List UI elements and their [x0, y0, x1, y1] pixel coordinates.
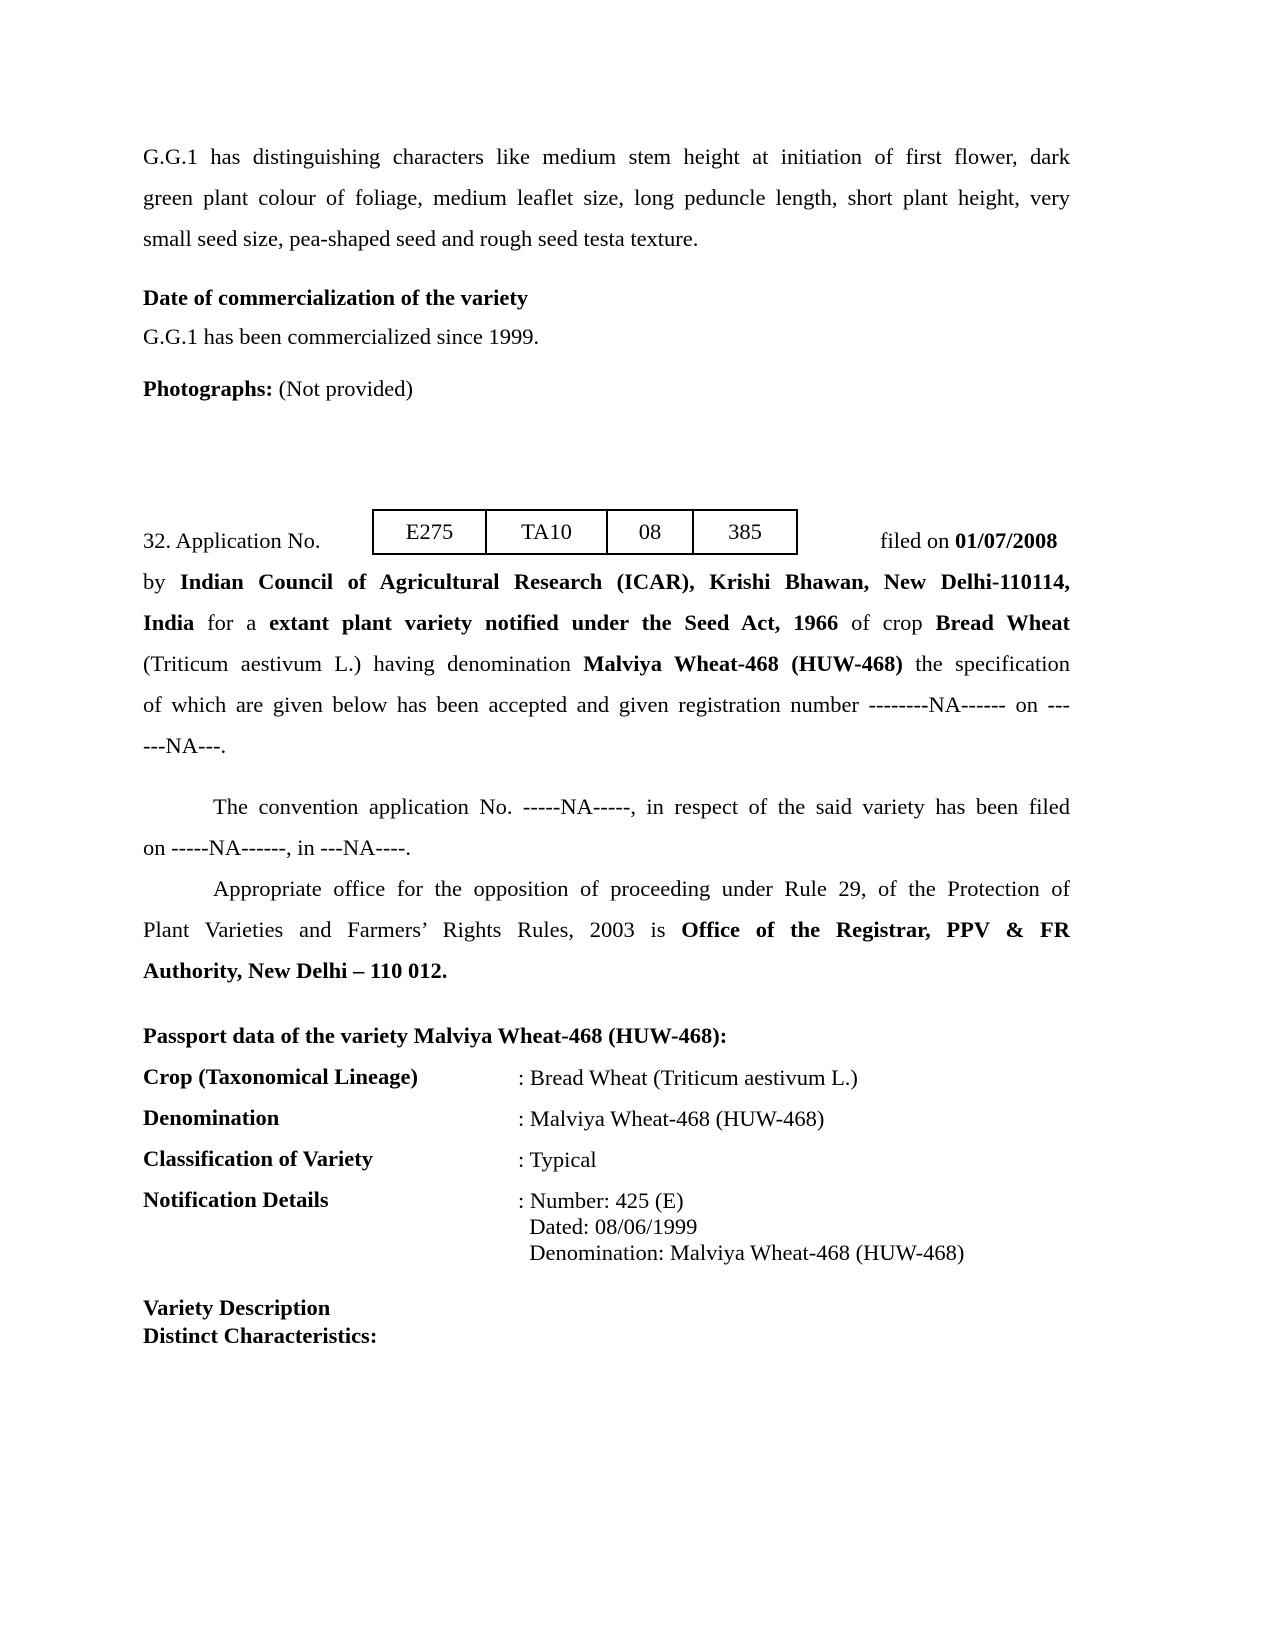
variety-type-line: India for a extant plant variety notifie… [143, 608, 1070, 638]
commercialization-heading: Date of commercialization of the variety [143, 283, 528, 313]
filed-on: filed on 01/07/2008 [880, 526, 1058, 556]
application-prefix: 32. Application No. [143, 526, 320, 556]
registration-line-2: ---NA---. [143, 731, 226, 761]
intro-line-2: green plant colour of foliage, medium le… [143, 183, 1070, 213]
intro-line-1: G.G.1 has distinguishing characters like… [143, 142, 1070, 172]
application-number-table: E275 TA10 08 385 [372, 509, 798, 555]
distinct-characteristics-heading: Distinct Characteristics: [143, 1322, 377, 1350]
passport-value-notification-date: Dated: 08/06/1999 [518, 1213, 697, 1240]
opposition-office: Office of the Registrar, PPV & FR [681, 917, 1070, 942]
passport-label-denomination: Denomination [143, 1103, 279, 1133]
photographs-label: Photographs: [143, 376, 273, 401]
opposition-prefix: Plant Varieties and Farmers’ Rights Rule… [143, 917, 665, 942]
convention-line-2: on -----NA------, in ---NA----. [143, 833, 411, 863]
by-label: by [143, 569, 166, 594]
registration-line: of which are given below has been accept… [143, 690, 1070, 720]
passport-heading: Passport data of the variety Malviya Whe… [143, 1021, 727, 1051]
convention-line-1: The convention application No. -----NA--… [213, 792, 1070, 822]
applicant-country: India [143, 610, 194, 635]
applicant-name: Indian Council of Agricultural Research … [180, 569, 1070, 594]
app-cell-1: E275 [373, 510, 486, 554]
opposition-line-2: Plant Varieties and Farmers’ Rights Rule… [143, 915, 1070, 945]
passport-label-classification: Classification of Variety [143, 1144, 373, 1174]
passport-value-crop: : Bread Wheat (Triticum aestivum L.) [518, 1064, 858, 1091]
passport-label-crop: Crop (Taxonomical Lineage) [143, 1062, 418, 1092]
applicant-line: by Indian Council of Agricultural Resear… [143, 567, 1070, 597]
app-cell-4: 385 [693, 510, 797, 554]
photographs-line: Photographs: (Not provided) [143, 374, 413, 404]
denomination-line: (Triticum aestivum L.) having denominati… [143, 649, 1070, 679]
passport-label-notification: Notification Details [143, 1185, 329, 1215]
photographs-value: (Not provided) [279, 376, 413, 401]
botanical-text: (Triticum aestivum L.) having denominati… [143, 651, 571, 676]
crop-name: Bread Wheat [936, 610, 1071, 635]
passport-value-notification-number: : Number: 425 (E) [518, 1187, 684, 1214]
opposition-line-3: Authority, New Delhi – 110 012. [143, 956, 447, 986]
for-a-text: for a [207, 610, 256, 635]
opposition-line-1: Appropriate office for the opposition of… [213, 874, 1070, 904]
variety-description-heading: Variety Description [143, 1294, 330, 1322]
passport-value-classification: : Typical [518, 1146, 597, 1173]
spec-text: the specification [915, 651, 1070, 676]
app-cell-3: 08 [607, 510, 693, 554]
filed-on-date: 01/07/2008 [955, 528, 1058, 553]
passport-value-notification-denomination: Denomination: Malviya Wheat-468 (HUW-468… [518, 1239, 964, 1266]
filed-on-label: filed on [880, 528, 949, 553]
variety-type: extant plant variety notified under the … [269, 610, 838, 635]
intro-line-3: small seed size, pea-shaped seed and rou… [143, 224, 698, 254]
passport-value-denomination: : Malviya Wheat-468 (HUW-468) [518, 1105, 824, 1132]
commercialization-text: G.G.1 has been commercialized since 1999… [143, 322, 539, 352]
app-cell-2: TA10 [486, 510, 607, 554]
of-crop-text: of crop [851, 610, 923, 635]
denomination-name: Malviya Wheat-468 (HUW-468) [583, 651, 903, 676]
